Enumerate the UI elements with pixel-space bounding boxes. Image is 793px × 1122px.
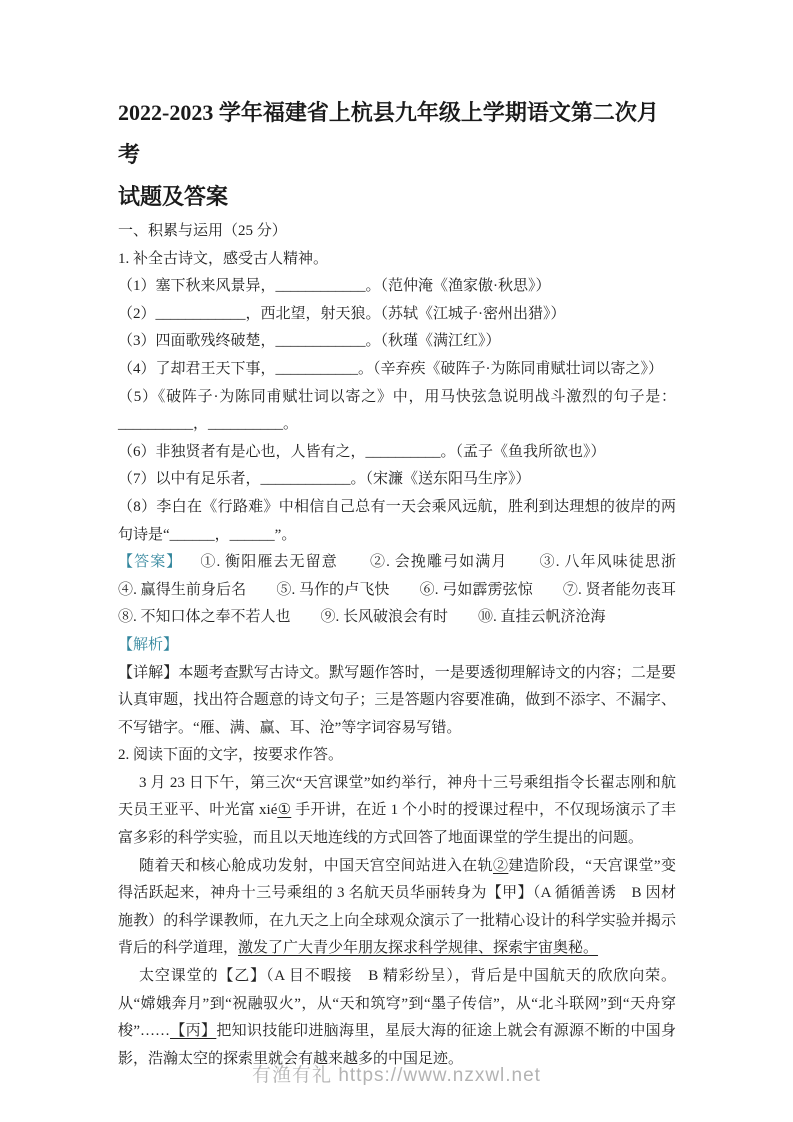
question-2-paragraph-1: 3 月 23 日下午，第三次“天宫课堂”如约举行，神舟十三号乘组指令长翟志刚和航…: [118, 770, 676, 853]
question-1-item-3: （3）四面歌残终破楚，____________。（秋瑾《满江红》）: [118, 328, 676, 356]
p1-underlined-mark-1: ①: [277, 802, 291, 818]
question-2-paragraph-3: 太空课堂的【乙】（A 目不暇接 B 精彩纷呈），背后是中国航天的欣欣向荣。从“嫦…: [118, 963, 676, 1073]
detail-text: 本题考查默写古诗文。默写题作答时，一是要透彻理解诗文的内容；二是要认真审题，找出…: [118, 665, 676, 736]
question-1-item-2: （2）____________，西北望，射天狼。（苏轼《江城子·密州出猎》）: [118, 301, 676, 329]
question-1-item-5: （5）《破阵子·为陈同甫赋壮词以寄之》中，用马快弦急说明战斗激烈的句子是：___…: [118, 384, 676, 439]
question-1-item-4: （4）了却君王天下事，___________。（辛弃疾《破阵子·为陈同甫赋壮词以…: [118, 356, 676, 384]
p3-underlined-mark-bing: 【丙】: [170, 1023, 216, 1039]
question-1-detail-block: 【详解】本题考查默写古诗文。默写题作答时，一是要透彻理解诗文的内容；二是要认真审…: [118, 660, 676, 743]
p2-underlined-mark-2: ②: [493, 858, 508, 874]
section-heading: 一、积累与运用（25 分）: [118, 218, 676, 246]
document-page: 2022-2023 学年福建省上杭县九年级上学期语文第二次月考 试题及答案 一、…: [0, 0, 793, 1122]
question-1-analysis-block: 【解析】: [118, 632, 676, 660]
document-title-line2: 试题及答案: [118, 176, 676, 218]
question-1-stem: 1. 补全古诗文，感受古人精神。: [118, 246, 676, 274]
document-title: 2022-2023 学年福建省上杭县九年级上学期语文第二次月考 试题及答案: [118, 0, 676, 218]
answer-text: ①. 衡阳雁去无留意 ②. 会挽雕弓如满月 ③. 八年风味徒思浙 ④. 赢得生前…: [118, 554, 706, 625]
document-title-line1: 2022-2023 学年福建省上杭县九年级上学期语文第二次月考: [118, 92, 676, 176]
question-1-item-6: （6）非独贤者有是心也，人皆有之，__________。（孟子《鱼我所欲也》）: [118, 439, 676, 467]
p2-underlined-sentence: 激发了广大青少年朋友探求科学规律、探索宇宙奥秘。: [238, 940, 598, 956]
answer-label: 【答案】: [118, 554, 182, 570]
document-content: 2022-2023 学年福建省上杭县九年级上学期语文第二次月考 试题及答案 一、…: [118, 0, 676, 1073]
question-2-paragraph-2: 随着天和核心舱成功发射，中国天宫空间站进入在轨②建造阶段，“天宫课堂”变得活跃起…: [118, 853, 676, 963]
question-1-item-7: （7）以中有足乐者，____________。（宋濂《送东阳马生序》）: [118, 466, 676, 494]
detail-label: 【详解】: [118, 665, 178, 681]
question-1-item-1: （1）塞下秋来风景异，____________。（范仲淹《渔家傲·秋思》）: [118, 273, 676, 301]
p2-text-a: 随着天和核心舱成功发射，中国天宫空间站进入在轨: [139, 858, 493, 874]
footer-watermark: 有渔有礼 https://www.nzxwl.net: [0, 1060, 793, 1087]
analysis-label: 【解析】: [118, 637, 178, 653]
question-2-stem: 2. 阅读下面的文字，按要求作答。: [118, 742, 676, 770]
question-1-item-8: （8）李白在《行路难》中相信自己总有一天会乘风远航，胜利到达理想的彼岸的两句诗是…: [118, 494, 676, 549]
question-1-answer-block: 【答案】①. 衡阳雁去无留意 ②. 会挽雕弓如满月 ③. 八年风味徒思浙 ④. …: [118, 549, 676, 632]
